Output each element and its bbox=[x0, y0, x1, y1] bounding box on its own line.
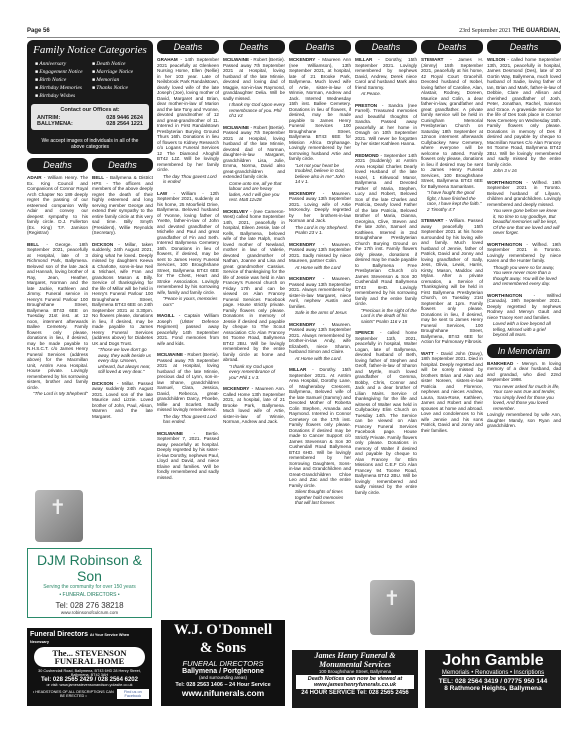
death-notice: STEWART - James H. (Jimmy) 15th Septembe… bbox=[421, 57, 483, 212]
death-notice: SPENCE - called home September 11th, 202… bbox=[355, 330, 417, 495]
death-notice: WATT - David John (Davy), 18th September… bbox=[421, 351, 483, 434]
death-notice: REDMOND - September 14th 2021 (Suddenly)… bbox=[355, 153, 417, 325]
stevenson-website[interactable]: or visit: www.jamesstevensonandson.yolas… bbox=[30, 683, 149, 687]
death-notice: PRESTON - Sandra (nee Farrell). Treasure… bbox=[355, 103, 417, 147]
death-notice: BELL - George. 18th September 2021, peac… bbox=[27, 242, 88, 397]
death-notice: MCILWAINE - Robert (Bertie). Passed away… bbox=[223, 57, 285, 119]
death-notice: MCKELVEY - (nee Cameron-West) called hom… bbox=[223, 209, 285, 381]
death-notice: WILSON - called home September 13th, 202… bbox=[487, 57, 561, 174]
death-notice: MCKENDRY - Maureen. Passed away 13th Sep… bbox=[289, 276, 351, 316]
memoriam-notice: BANKHEAD - Mervyn. In loving memory of a… bbox=[487, 361, 561, 429]
death-notice: MCKENDRY - Maureen. Passed away 13th Sep… bbox=[289, 322, 351, 362]
category-item: Memorian bbox=[92, 77, 149, 83]
page-header: Page 56 23rd September 2021 THE GUARDIAN… bbox=[27, 26, 560, 38]
page-number: Page 56 bbox=[27, 28, 50, 34]
office-row: BALLYMENA:028 2564 1221 bbox=[37, 121, 143, 127]
column-4: Deaths MCILWAINE - Robert (Bertie). Pass… bbox=[223, 40, 285, 618]
djm-website[interactable]: www.robinsonofculcrum.com bbox=[28, 610, 151, 615]
john-gamble-ad: John Gamble Memorials • Renovations • In… bbox=[425, 650, 561, 708]
family-notice-categories-box: Family Notice Categories Anniversary Dea… bbox=[27, 40, 153, 154]
djm-phone: Tel: 028 276 38218 bbox=[28, 601, 151, 610]
column-8: Deaths WILSON - called home September 13… bbox=[487, 40, 561, 645]
deaths-header: Deaths bbox=[27, 158, 88, 172]
death-notice: ADAIR - William Henry. The Ex. King Coun… bbox=[27, 175, 88, 236]
column-7: Deaths STEWART - James H. (Jimmy) 15th S… bbox=[421, 40, 483, 645]
james-henry-website-note[interactable]: Death Notices can now be viewed at www.j… bbox=[296, 675, 414, 689]
images-note: We accept images of individuals in all o… bbox=[31, 135, 149, 153]
death-notice: BELL - Ballymena & District HPS - The of… bbox=[92, 175, 153, 236]
odonnell-website[interactable]: www.nifunerals.com bbox=[161, 688, 285, 698]
death-notice: MILLAR - Dorothy, 15th September 2021. L… bbox=[355, 57, 417, 97]
death-notice: MCILWAINE - Robert (Bertie). Passed away… bbox=[157, 352, 219, 425]
contact-title: Contact our Offices at: bbox=[37, 107, 143, 113]
deaths-header: Deaths bbox=[157, 40, 219, 54]
deaths-header: Deaths bbox=[487, 40, 561, 54]
category-item: Thanks Notice bbox=[92, 85, 149, 91]
death-notice: STEWART - William. Passed away peacefull… bbox=[421, 218, 483, 345]
death-notice: DICKSON - Millar. Passed away suddenly 2… bbox=[92, 381, 153, 420]
category-item: Engagement Notice bbox=[35, 69, 92, 75]
death-notice: MCKENDRY - Maureen. Passed away 13th Sep… bbox=[289, 191, 351, 236]
categories-list: Anniversary Death Notice Engagement Noti… bbox=[31, 61, 149, 99]
category-item: Marriage Notice bbox=[92, 69, 149, 75]
deaths-header: Deaths bbox=[289, 40, 351, 54]
death-notice: MCILWAINE - Robert (Bertie). Passed away… bbox=[223, 125, 285, 203]
djm-robinson-ad: DJM Robinson & Son Serving the community… bbox=[27, 548, 152, 618]
death-notice: WORTHINGTON - Wilfred. 19th September 20… bbox=[487, 180, 561, 236]
facebook-icon[interactable]: Find us on Facebook bbox=[117, 689, 149, 699]
column-2: Deaths BELL - Ballymena & District HPS -… bbox=[92, 158, 153, 543]
death-notice: DICKSON - Millar, taken suddenly, 24th A… bbox=[92, 242, 153, 375]
casket-icon bbox=[370, 580, 415, 635]
death-notice: MCILWAINE - Bertie. September 7, 2021. P… bbox=[157, 431, 219, 481]
categories-title: Family Notice Categories bbox=[31, 44, 149, 56]
death-notice: WORTHINGTON - Wilfred. 19th September 20… bbox=[487, 242, 561, 287]
category-item: Anniversary bbox=[35, 61, 92, 67]
in-memoriam-header: In Memoriam bbox=[487, 344, 561, 358]
wj-odonnell-ad: W.J. O'Donnell & Sons FUNERAL DIRECTORS … bbox=[161, 620, 285, 706]
stevenson-funeral-home-ad: Funeral Directors At Your Service When N… bbox=[27, 628, 152, 706]
death-notice: LAW - William - 12th September 2021, sud… bbox=[157, 191, 219, 308]
death-notice: WORTHINGTON - Wilfred (Canada). 19th Sep… bbox=[487, 293, 561, 338]
death-notice: GRAHAM - 14th September 2021 peacefully … bbox=[157, 57, 219, 185]
issue-date: 23rd September 2021 THE GUARDIAN, bbox=[459, 28, 560, 34]
category-item: Birth Notice bbox=[35, 77, 92, 83]
death-notice: MCKENDRY - Maureen. Passed away 13th Sep… bbox=[289, 242, 351, 271]
deaths-header: Deaths bbox=[92, 158, 153, 172]
column-6: Deaths MILLAR - Dorothy, 15th September … bbox=[355, 40, 417, 575]
category-item: Birthday Wishes bbox=[35, 93, 92, 99]
casket-icon bbox=[35, 490, 83, 542]
deaths-header: Deaths bbox=[223, 40, 285, 54]
death-notice: MCKENDRY - Maureen Ann (nee Williamson),… bbox=[289, 57, 351, 185]
contact-offices: Contact our Offices at: ANTRIM:028 9446 … bbox=[31, 104, 149, 130]
deaths-header: Deaths bbox=[421, 40, 483, 54]
deaths-header: Deaths bbox=[355, 40, 417, 54]
column-5: Deaths MCKENDRY - Maureen Ann (nee Willi… bbox=[289, 40, 351, 645]
death-notice: MILLAR - Dorothy. 15th September 2021. A… bbox=[289, 367, 351, 506]
category-item: Death Notice bbox=[92, 61, 149, 67]
column-3: Deaths GRAHAM - 14th September 2021 peac… bbox=[157, 40, 219, 618]
category-item: Birthday Memories bbox=[35, 85, 92, 91]
death-notice: MAGILL - Captain William Joseph (Ulster … bbox=[157, 313, 219, 346]
james-henry-ad: James Henry Funeral & Monumental Service… bbox=[292, 650, 418, 708]
death-notice: MCKENDRY - Maureen Ann. Called Home 13th… bbox=[223, 386, 285, 425]
column-1: Deaths ADAIR - William Henry. The Ex. Ki… bbox=[27, 158, 88, 488]
